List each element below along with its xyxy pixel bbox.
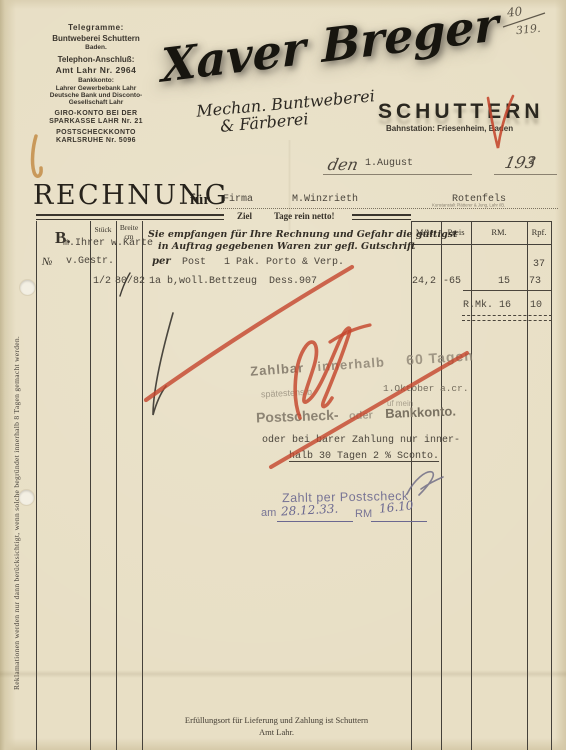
fulfillment-line-1: Erfüllungsort für Lieferung und Zahlung … xyxy=(142,716,411,725)
typed-ref-2: v.Gestr. xyxy=(66,257,114,267)
vertical-crease xyxy=(288,140,291,230)
total-double-rule xyxy=(462,315,552,321)
total-rm: 16 xyxy=(499,301,511,311)
typed-ref-1: m.Ihrer w.Karte xyxy=(63,239,153,249)
table-line xyxy=(411,221,552,222)
terms-stamp-word: Bankkonto. xyxy=(385,404,456,421)
shipping-rpf: 37 xyxy=(533,260,545,270)
item-breite: 80/82 xyxy=(115,277,145,287)
double-rule-left xyxy=(36,214,224,220)
company-place: SCHUTTERN xyxy=(378,100,544,124)
typed-terms-1: oder bei barer Zahlung nur inner- xyxy=(262,436,460,446)
per-label: per xyxy=(152,256,171,267)
paid-date-rule xyxy=(277,521,353,522)
terms-date-typed: 1.Oktober a.cr. xyxy=(383,384,469,394)
clerk-initials-mark xyxy=(407,472,443,495)
margin-claims-note: Reklamationen werden nur dann berücksich… xyxy=(13,292,21,690)
printer-imprint: Kunstanstalt Plätterer & Jung, Lahr i/B. xyxy=(432,203,505,208)
paid-amount-rule xyxy=(371,521,427,522)
terms-stamp-line2: spätestens b xyxy=(261,388,312,400)
paid-date-handwritten: 28.12.33. xyxy=(281,503,339,518)
customer-prefix: Firma xyxy=(223,195,253,205)
letterhead-line: Telegramme: xyxy=(28,24,164,32)
pencil-number-bottom: 319. xyxy=(515,22,541,37)
year-typed: 3 xyxy=(528,157,535,168)
item-meter: 24,2 xyxy=(412,277,436,287)
date-prefix: den xyxy=(326,155,360,174)
total-rpf: 10 xyxy=(530,301,542,311)
paid-stamp-rm-label: RM xyxy=(355,509,372,520)
terms-stamp-word: 60 Tagen xyxy=(406,347,475,368)
printed-note-2: in Auftrag gegebenen Waren zur gefl. Gut… xyxy=(158,241,416,252)
punch-hole xyxy=(20,280,35,295)
red-scrawl-cross xyxy=(330,325,370,342)
terms-stamp-word: innerhalb xyxy=(317,354,385,374)
item-rpf: 73 xyxy=(529,277,541,287)
item-stueck: 1/2 xyxy=(93,277,111,287)
total-label: R.Mk. xyxy=(463,301,493,311)
pencil-number-top: 40 xyxy=(506,4,523,20)
pencil-v-mark xyxy=(153,313,173,415)
invoice-document: Telegramme: Buntweberei Schuttern Baden.… xyxy=(0,0,566,750)
item-rm: 15 xyxy=(498,277,510,287)
year-rule xyxy=(494,174,557,175)
paid-amount-handwritten: 16.10 xyxy=(378,499,413,515)
fold-crease xyxy=(0,670,566,678)
double-rule-right xyxy=(352,214,411,220)
sum-rule xyxy=(463,290,551,291)
terms-stamp-word: oder xyxy=(349,409,373,422)
shipping-text: Post 1 Pak. Porto & Verp. xyxy=(182,258,344,268)
ziel-label: Ziel xyxy=(237,212,252,221)
punch-hole xyxy=(19,490,34,505)
printed-note-1: Sie empfangen für Ihre Rechnung und Gefa… xyxy=(148,229,457,240)
table-line xyxy=(411,244,552,245)
terms-stamp-line4: Postscheck- oder Bankkonto. xyxy=(256,404,456,427)
paid-stamp-am-label: am xyxy=(261,508,276,519)
item-preis: -65 xyxy=(443,277,461,287)
col-header-rpf: Rpf. xyxy=(527,228,551,237)
item-description: 1a b,woll.Bettzeug Dess.907 xyxy=(149,277,317,287)
no-label: № xyxy=(42,257,52,268)
fulfillment-line-2: Amt Lahr. xyxy=(142,728,411,737)
netto-label: Tage rein netto! xyxy=(274,212,335,221)
customer-name: M.Winzrieth xyxy=(292,195,358,205)
letterhead-line: POSTSCHECKKONTO xyxy=(28,129,164,136)
date-typed: 1.August xyxy=(365,159,413,169)
for-label: für xyxy=(190,192,210,209)
terms-stamp-word: Zahlbar xyxy=(250,360,305,379)
date-rule xyxy=(323,174,472,175)
terms-stamp-word: Postscheck- xyxy=(256,407,339,426)
col-header-stueck: Stück xyxy=(90,226,116,234)
station-line: Bahnstation: Friesenheim, Baden xyxy=(386,124,513,133)
customer-rule xyxy=(216,208,558,209)
letterhead-line: KARLSRUHE Nr. 5096 xyxy=(28,137,164,144)
col-header-breite: Breite xyxy=(116,224,142,232)
col-header-rm: RM. xyxy=(471,228,527,237)
typed-terms-2: halb 30 Tagen 2 % Sconto. xyxy=(289,452,439,462)
